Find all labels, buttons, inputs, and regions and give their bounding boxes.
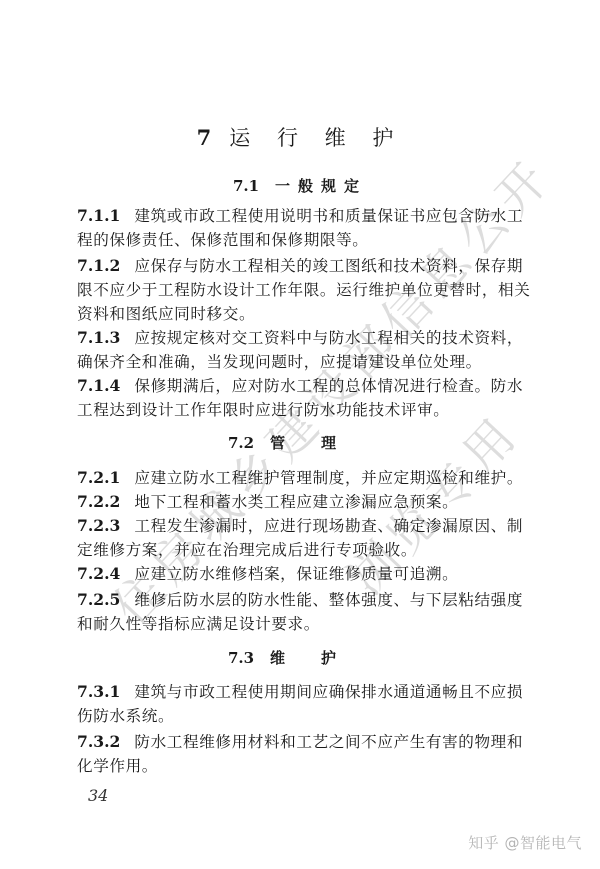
clause-number: 7.1.1 bbox=[77, 206, 120, 225]
clause-7-3-1: 7.3.1建筑与市政工程使用期间应确保排水通道通畅且不应损 伤防水系统。 bbox=[77, 680, 527, 728]
clause-text: 维修后防水层的防水性能、整体强度、与下层粘结强度 bbox=[134, 591, 523, 609]
clause-7-2-4: 7.2.4应建立防水维修档案，保证维修质量可追溯。 bbox=[77, 562, 527, 586]
clause-text: 伤防水系统。 bbox=[77, 704, 527, 728]
clause-7-1-3: 7.1.3应按规定核对交工资料中与防水工程相关的技术资料， 确保齐全和准确，当发… bbox=[77, 326, 527, 374]
clause-text: 限不应少于工程防水设计工作年限。运行维护单位更替时，相关 bbox=[77, 278, 527, 302]
section-heading: 管理 bbox=[270, 434, 372, 452]
clause-number: 7.2.5 bbox=[77, 590, 120, 609]
clause-number: 7.1.3 bbox=[77, 328, 120, 347]
clause-text: 建筑与市政工程使用期间应确保排水通道通畅且不应损 bbox=[134, 683, 523, 701]
clause-text: 工程达到设计工作年限时应进行防水功能技术评审。 bbox=[77, 398, 527, 422]
clause-number: 7.1.2 bbox=[77, 256, 120, 275]
clause-7-1-2: 7.1.2应保存与防水工程相关的竣工图纸和技术资料，保存期 限不应少于工程防水设… bbox=[77, 254, 527, 326]
clause-7-2-2: 7.2.2地下工程和蓄水类工程应建立渗漏应急预案。 bbox=[77, 490, 527, 514]
section-title-7-1: 7.1一般规定 bbox=[0, 175, 600, 197]
clause-text: 定维修方案，并应在治理完成后进行专项验收。 bbox=[77, 538, 527, 562]
chapter-heading: 运 行 维 护 bbox=[229, 126, 403, 150]
clause-number: 7.3.2 bbox=[77, 732, 120, 751]
clause-text: 应保存与防水工程相关的竣工图纸和技术资料，保存期 bbox=[134, 257, 523, 275]
clause-text: 地下工程和蓄水类工程应建立渗漏应急预案。 bbox=[134, 493, 458, 511]
clause-number: 7.2.3 bbox=[77, 516, 120, 535]
section-number: 7.2 bbox=[228, 434, 254, 452]
clause-number: 7.2.2 bbox=[77, 492, 120, 511]
chapter-title: 7运 行 维 护 bbox=[0, 123, 600, 153]
clause-7-2-1: 7.2.1应建立防水工程维护管理制度，并应定期巡检和维护。 bbox=[77, 466, 527, 490]
clause-number: 7.2.1 bbox=[77, 468, 120, 487]
clause-text: 程的保修责任、保修范围和保修期限等。 bbox=[77, 228, 527, 252]
clause-7-3-2: 7.3.2防水工程维修用材料和工艺之间不应产生有害的物理和 化学作用。 bbox=[77, 730, 527, 778]
clause-number: 7.2.4 bbox=[77, 564, 120, 583]
section-number: 7.1 bbox=[233, 177, 259, 195]
clause-number: 7.3.1 bbox=[77, 682, 120, 701]
clause-text: 和耐久性等指标应满足设计要求。 bbox=[77, 612, 527, 636]
page-number: 34 bbox=[88, 786, 108, 805]
clause-text: 确保齐全和准确，当发现问题时，应提请建设单位处理。 bbox=[77, 350, 527, 374]
section-title-7-3: 7.3维护 bbox=[0, 647, 600, 669]
clause-7-1-1: 7.1.1建筑或市政工程使用说明书和质量保证书应包含防水工 程的保修责任、保修范… bbox=[77, 204, 527, 252]
clause-text: 应建立防水工程维护管理制度，并应定期巡检和维护。 bbox=[134, 469, 523, 487]
section-heading: 维护 bbox=[270, 649, 372, 667]
clause-text: 建筑或市政工程使用说明书和质量保证书应包含防水工 bbox=[134, 207, 523, 225]
clause-text: 资料和图纸应同时移交。 bbox=[77, 302, 527, 326]
clause-number: 7.1.4 bbox=[77, 376, 120, 395]
clause-text: 化学作用。 bbox=[77, 754, 527, 778]
clause-text: 保修期满后，应对防水工程的总体情况进行检查。防水 bbox=[134, 377, 523, 395]
section-heading: 一般规定 bbox=[275, 177, 367, 195]
clause-text: 工程发生渗漏时，应进行现场勘查、确定渗漏原因、制 bbox=[134, 517, 523, 535]
clause-7-2-3: 7.2.3工程发生渗漏时，应进行现场勘查、确定渗漏原因、制 定维修方案，并应在治… bbox=[77, 514, 527, 562]
document-page: 住房城乡建设部信息公开 浏览专用 7运 行 维 护 7.1一般规定 7.1.1建… bbox=[0, 0, 600, 869]
section-title-7-2: 7.2管理 bbox=[0, 432, 600, 454]
section-number: 7.3 bbox=[228, 649, 254, 667]
clause-7-1-4: 7.1.4保修期满后，应对防水工程的总体情况进行检查。防水 工程达到设计工作年限… bbox=[77, 374, 527, 422]
clause-text: 应建立防水维修档案，保证维修质量可追溯。 bbox=[134, 565, 458, 583]
source-watermark: 知乎 @智能电气 bbox=[468, 832, 582, 853]
clause-7-2-5: 7.2.5维修后防水层的防水性能、整体强度、与下层粘结强度 和耐久性等指标应满足… bbox=[77, 588, 527, 636]
clause-text: 应按规定核对交工资料中与防水工程相关的技术资料， bbox=[134, 329, 523, 347]
chapter-number: 7 bbox=[197, 125, 212, 150]
clause-text: 防水工程维修用材料和工艺之间不应产生有害的物理和 bbox=[134, 733, 523, 751]
